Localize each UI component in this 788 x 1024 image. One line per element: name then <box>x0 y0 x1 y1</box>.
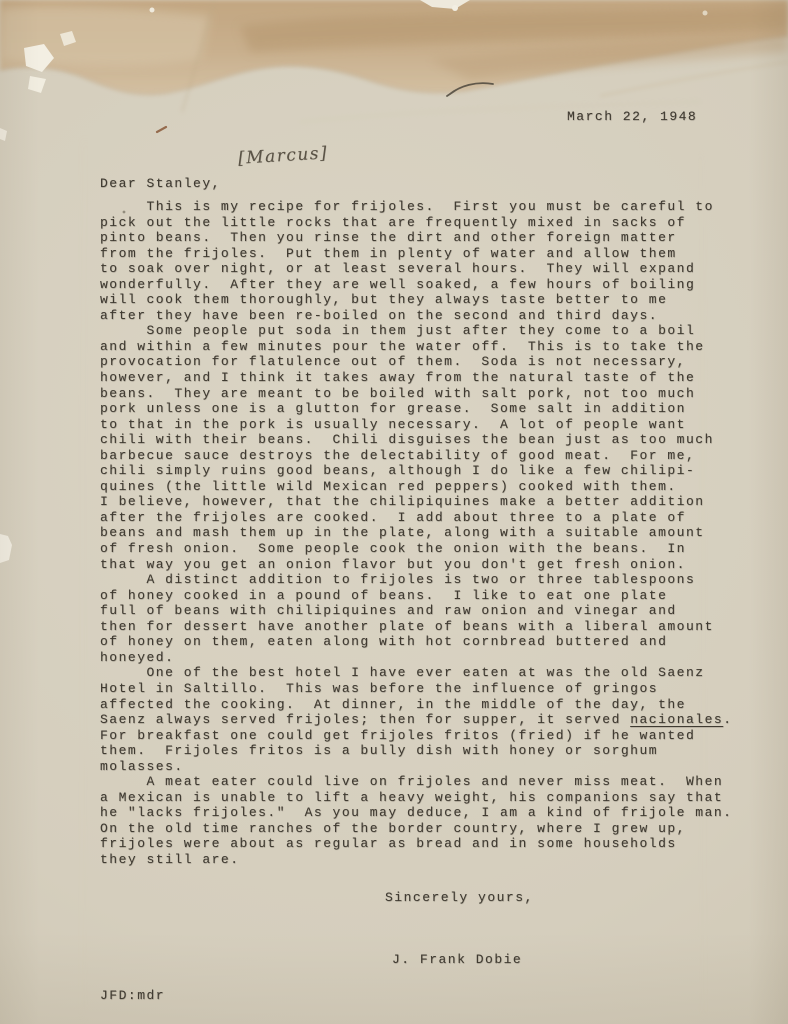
letter-line: after the frijoles are cooked. I add abo… <box>100 510 733 526</box>
closing: Sincerely yours, <box>385 890 534 905</box>
letter-line: of honey on them, eaten along with hot c… <box>100 634 733 650</box>
letter-line: frijoles were about as regular as bread … <box>100 836 733 852</box>
letter-line: will cook them thoroughly, but they alwa… <box>100 292 733 308</box>
letter-line: Hotel in Saltillo. This was before the i… <box>100 681 733 697</box>
letter-line: that way you get an onion flavor but you… <box>100 557 733 573</box>
letter-line: Saenz always served frijoles; then for s… <box>100 712 733 728</box>
edge-tear <box>0 534 12 563</box>
letter-line: chili with their beans. Chili disguises … <box>100 432 733 448</box>
letter-line: A distinct addition to frijoles is two o… <box>100 572 733 588</box>
paper-chip <box>60 31 76 46</box>
letter-line: quines (the little wild Mexican red pepp… <box>100 479 733 495</box>
letter-line: he "lacks frijoles." As you may deduce, … <box>100 805 733 821</box>
letter-line: pork unless one is a glutton for grease.… <box>100 401 733 417</box>
letter-line: of honey cooked in a pound of beans. I l… <box>100 588 733 604</box>
pencil-mark <box>447 83 493 96</box>
letter-line: I believe, however, that the chilipiquin… <box>100 494 733 510</box>
letter-line: full of beans with chilipiquines and raw… <box>100 603 733 619</box>
letter-line: beans and mash them up in the plate, alo… <box>100 525 733 541</box>
letter-line: they still are. <box>100 852 733 868</box>
letter-line: of fresh onion. Some people cook the oni… <box>100 541 733 557</box>
letter-body: This is my recipe for frijoles. First yo… <box>100 199 733 868</box>
letter-page: March 22, 1948 [Marcus] Dear Stanley, Th… <box>0 0 788 1024</box>
letter-line: One of the best hotel I have ever eaten … <box>100 665 733 681</box>
letter-line: provocation for flatulence out of them. … <box>100 354 733 370</box>
letter-line: pinto beans. Then you rinse the dirt and… <box>100 230 733 246</box>
underlined-word: nacionales <box>630 712 723 727</box>
letter-line: chili simply ruins good beans, although … <box>100 463 733 479</box>
paper-chip <box>28 76 46 93</box>
letter-line: pick out the little rocks that are frequ… <box>100 215 733 231</box>
letter-line: wonderfully. After they are well soaked,… <box>100 277 733 293</box>
letter-line: honeyed. <box>100 650 733 666</box>
line-segment: Saenz always served frijoles; then for s… <box>100 712 630 727</box>
letter-date: March 22, 1948 <box>567 109 697 124</box>
letter-line: a Mexican is unable to lift a heavy weig… <box>100 790 733 806</box>
edge-tear <box>0 128 7 141</box>
letter-line: molasses. <box>100 759 733 775</box>
letter-line: affected the cooking. At dinner, in the … <box>100 697 733 713</box>
torn-edge-notch <box>420 0 470 9</box>
letter-line: Some people put soda in them just after … <box>100 323 733 339</box>
letter-line: A meat eater could live on frijoles and … <box>100 774 733 790</box>
typist-initials: JFD:mdr <box>100 988 165 1003</box>
letter-line: For breakfast one could get frijoles fri… <box>100 728 733 744</box>
letter-line: to soak over night, or at least several … <box>100 261 733 277</box>
letter-line: and within a few minutes pour the water … <box>100 339 733 355</box>
letter-line: barbecue sauce destroys the delectabilit… <box>100 448 733 464</box>
line-segment: . <box>723 712 732 727</box>
aged-top-band <box>0 0 788 94</box>
rust-fleck <box>157 127 166 132</box>
letter-line: after they have been re-boiled on the se… <box>100 308 733 324</box>
letter-line: This is my recipe for frijoles. First yo… <box>100 199 733 215</box>
salutation: Dear Stanley, <box>100 176 221 191</box>
letter-line: to that in the pork is usually necessary… <box>100 417 733 433</box>
letter-line: On the old time ranches of the border co… <box>100 821 733 837</box>
typed-signature: J. Frank Dobie <box>392 952 522 967</box>
letter-line: them. Frijoles fritos is a bully dish wi… <box>100 743 733 759</box>
letter-line: from the frijoles. Put them in plenty of… <box>100 246 733 262</box>
paper-chip <box>24 44 54 72</box>
letter-line: then for dessert have another plate of b… <box>100 619 733 635</box>
handwritten-annotation: [Marcus] <box>237 143 328 168</box>
letter-line: beans. They are meant to be boiled with … <box>100 386 733 402</box>
letter-line: however, and I think it takes away from … <box>100 370 733 386</box>
